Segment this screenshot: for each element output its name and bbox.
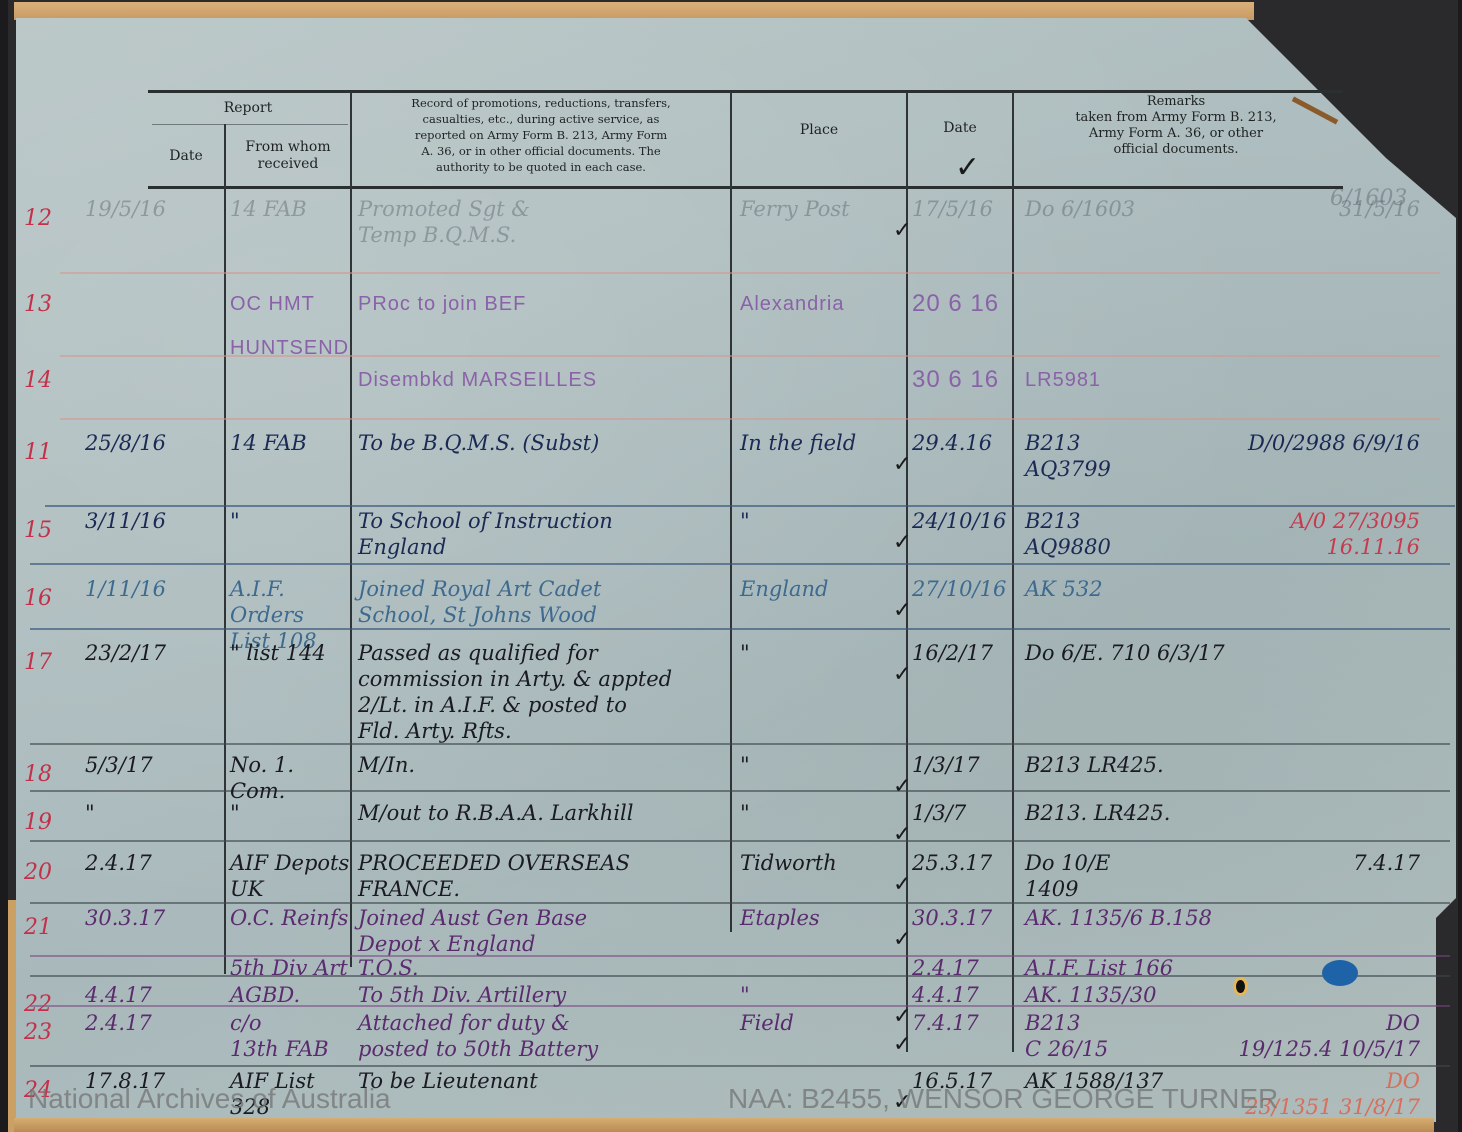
cell-record: M/out to R.B.A.A. Larkhill [358, 800, 738, 826]
cell-place: Tidworth [740, 850, 905, 876]
cell-record: Attached for duty & posted to 50th Batte… [358, 1010, 738, 1062]
cell-date: 5/3/17 [85, 752, 220, 778]
cell-place: " [740, 752, 905, 778]
cell-remarks-faint: 6/1603 [1330, 186, 1407, 211]
cell-record: Joined Royal Art Cadet School, St Johns … [358, 576, 738, 628]
cell-date: 19/5/16 [85, 196, 220, 222]
cell-date2: 27/10/16 [912, 576, 1012, 602]
cell-date2: 16/2/17 [912, 640, 1012, 666]
cell-remarks: AK. 1135/6 B.158 [1025, 905, 1235, 931]
cell-place: Field [740, 1010, 905, 1036]
cell-record: To be B.Q.M.S. (Subst) [358, 430, 738, 456]
cell-date2: 24/10/16 [912, 508, 1012, 534]
cell-from-whom: No. 1. Com. [230, 752, 350, 804]
check-mark-icon: ✓ [893, 530, 911, 555]
check-mark-icon: ✓ [893, 662, 911, 687]
row-number: 22 [24, 992, 52, 1017]
col-divider-from [350, 92, 352, 967]
row-number: 18 [24, 762, 52, 787]
cell-place: " [740, 982, 905, 1008]
tape-strip-bottom [14, 1118, 1434, 1132]
row-number: 12 [24, 206, 52, 231]
cell-remarks: Do 6/E. 710 6/3/17 [1025, 640, 1235, 666]
row-rule [30, 840, 1450, 842]
row-rule [30, 563, 1450, 565]
header-place: Place [734, 122, 904, 139]
cell-remarks: A.I.F. List 166 [1025, 955, 1235, 981]
cell-place: " [740, 508, 905, 534]
cell-place: " [740, 640, 905, 666]
check-mark-icon: ✓ [893, 218, 911, 243]
row-number: 11 [24, 440, 52, 465]
check-mark-icon: ✓ [893, 452, 911, 477]
cell-record: PROCEEDED OVERSEAS FRANCE. [358, 850, 738, 902]
row-rule [30, 743, 1450, 745]
check-mark-icon: ✓ [893, 927, 911, 952]
cell-remarks: LR5981 [1025, 358, 1235, 402]
cell-from-whom: 14 FAB [230, 430, 350, 456]
ink-blot [1322, 960, 1358, 986]
cell-remarks: B213. LR425. [1025, 800, 1235, 826]
cell-place: Ferry Post [740, 196, 905, 222]
tape-strip-top [14, 2, 1254, 20]
cell-record: M/In. [358, 752, 738, 778]
row-rule [45, 505, 1455, 507]
cell-place: " [740, 800, 905, 826]
cell-remarks-extra: 7.4.17 [1180, 850, 1420, 876]
cell-date: 30.3.17 [85, 905, 220, 931]
row-number: 21 [24, 915, 52, 940]
row-number: 15 [24, 518, 52, 543]
header-date2: Date [910, 120, 1010, 137]
cell-date2: 1/3/7 [912, 800, 1012, 826]
header-remarks: Remarks taken from Army Form B. 213, Arm… [1016, 94, 1336, 158]
cell-record: To be Lieutenant [358, 1068, 738, 1094]
check-mark-icon: ✓ [893, 598, 911, 623]
cell-from-whom: " [230, 508, 350, 534]
cell-date: " [85, 800, 220, 826]
cell-record: To School of Instruction England [358, 508, 738, 560]
check-mark-icon: ✓ [893, 872, 911, 897]
cell-record: PRoc to join BEF [358, 282, 738, 326]
cell-from-whom: OC HMT HUNTSEND [230, 282, 350, 370]
row-number: 13 [24, 292, 52, 317]
cell-from-whom: AGBD. [230, 982, 350, 1008]
cell-remarks-extra: D/0/2988 6/9/16 [1180, 430, 1420, 456]
cell-from-whom: 5th Div Art [230, 955, 350, 981]
check-mark-icon: ✓ [893, 774, 911, 799]
header-record: Record of promotions, reductions, transf… [356, 95, 726, 175]
row-number: 14 [24, 368, 52, 393]
check-mark-icon: ✓ [893, 822, 911, 847]
cell-from-whom: O.C. Reinfs [230, 905, 350, 931]
cell-date: 3/11/16 [85, 508, 220, 534]
watermark-archive: National Archives of Australia [28, 1083, 391, 1115]
cell-date: 4.4.17 [85, 982, 220, 1008]
cell-place: In the field [740, 430, 905, 456]
cell-date2: 29.4.16 [912, 430, 1012, 456]
row-number: 17 [24, 650, 52, 675]
cell-date: 2.4.17 [85, 1010, 220, 1036]
header-report: Report [150, 100, 346, 117]
row-number: 23 [24, 1020, 52, 1045]
cell-remarks: AK. 1135/30 [1025, 982, 1235, 1008]
col-divider-date2 [1012, 92, 1014, 1052]
header-bottom-rule [148, 186, 1343, 189]
cell-record: Promoted Sgt & Temp B.Q.M.S. [358, 196, 738, 248]
header-date: Date [150, 148, 222, 165]
watermark-reference: NAA: B2455, WENSOR GEORGE TURNER [728, 1083, 1278, 1115]
cell-date: 25/8/16 [85, 430, 220, 456]
row-number: 20 [24, 860, 52, 885]
cell-from-whom: " list 144 [230, 640, 350, 666]
row-rule [30, 1065, 1450, 1067]
report-sub-rule [152, 124, 348, 125]
cell-record: To 5th Div. Artillery [358, 982, 738, 1008]
cell-date2: 4.4.17 [912, 982, 1012, 1008]
cell-remarks: AK 532 [1025, 576, 1235, 602]
cell-date: 1/11/16 [85, 576, 220, 602]
cell-date2: 17/5/16 [912, 196, 1012, 222]
row-rule [30, 902, 1450, 904]
cell-remarks-extra: DO 19/125.4 10/5/17 [1180, 1010, 1420, 1062]
cell-date2: 30 6 16 [912, 358, 1012, 402]
cell-from-whom: " [230, 800, 350, 826]
check-mark-icon: ✓ [955, 150, 980, 185]
cell-record: Disembkd MARSEILLES [358, 358, 738, 402]
cell-record: Passed as qualified for commission in Ar… [358, 640, 738, 744]
cell-remarks-extra: A/0 27/3095 16.11.16 [1180, 508, 1420, 560]
cell-place: Etaples [740, 905, 905, 931]
cell-place: Alexandria [740, 282, 905, 326]
cell-date2: 20 6 16 [912, 282, 1012, 326]
cell-from-whom: 14 FAB [230, 196, 350, 222]
cell-record: T.O.S. [358, 955, 738, 981]
cell-date: 2.4.17 [85, 850, 220, 876]
cell-date2: 2.4.17 [912, 955, 1012, 981]
cell-place: England [740, 576, 905, 602]
cell-from-whom: c/o 13th FAB [230, 1010, 350, 1062]
cell-date2: 7.4.17 [912, 1010, 1012, 1036]
cell-date2: 1/3/17 [912, 752, 1012, 778]
row-number: 19 [24, 810, 52, 835]
cell-date2: 25.3.17 [912, 850, 1012, 876]
row-rule [60, 272, 1440, 274]
col-divider-date [224, 124, 226, 974]
header-top-rule [148, 90, 1343, 93]
cell-from-whom: AIF Depots UK [230, 850, 350, 902]
header-from-whom: From whom received [228, 139, 348, 173]
punch-hole [1236, 980, 1245, 993]
cell-date2: 30.3.17 [912, 905, 1012, 931]
cell-record: Joined Aust Gen Base Depot x England [358, 905, 738, 957]
row-rule [60, 418, 1440, 420]
cell-date: 23/2/17 [85, 640, 220, 666]
check-mark-icon: ✓ [893, 1032, 911, 1057]
row-number: 16 [24, 586, 52, 611]
cell-remarks: B213 LR425. [1025, 752, 1235, 778]
